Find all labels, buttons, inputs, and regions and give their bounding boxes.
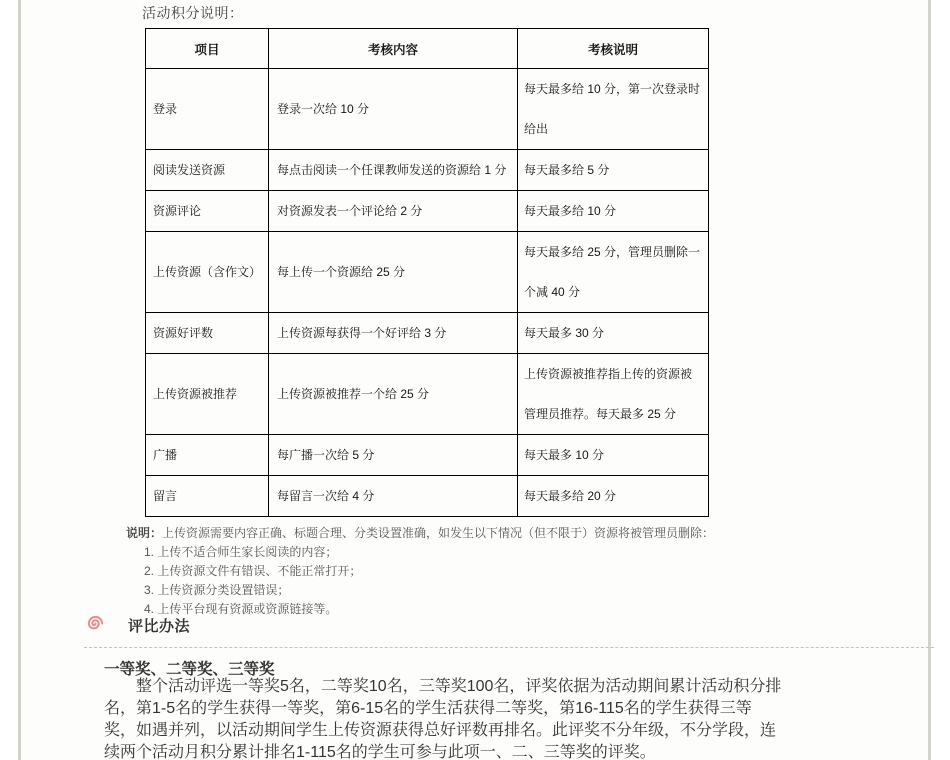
content-cell: 上传资源被推荐一个给 25 分 — [269, 354, 518, 435]
awards-paragraph: 整个活动评选一等奖5名，二等奖10名，三等奖100名，评奖依据为活动期间累计活动… — [104, 676, 844, 760]
table-row: 留言 每留言一次给 4 分 每天最多给 20 分 — [146, 476, 709, 517]
notes-intro-line: 说明：上传资源需要内容正确、标题合理、分类设置准确，如发生以下情况（但不限于）资… — [126, 524, 886, 543]
table-row: 广播 每广播一次给 5 分 每天最多 10 分 — [146, 435, 709, 476]
note-cell: 每天最多给 10 分，第一次登录时 给出 — [518, 69, 709, 150]
table-row: 资源评论 对资源发表一个评论给 2 分 每天最多给 10 分 — [146, 191, 709, 232]
page-title: 活动积分说明： — [142, 3, 244, 23]
notes-item-list: 1. 上传不适合师生家长阅读的内容； 2. 上传资源文件有错误、不能正常打开； … — [144, 543, 886, 619]
header-item: 项目 — [146, 29, 269, 69]
note-cell: 每天最多 30 分 — [518, 313, 709, 354]
content-cell: 每上传一个资源给 25 分 — [269, 232, 518, 313]
item-cell: 留言 — [146, 476, 269, 517]
table-header-row: 项目 考核内容 考核说明 — [146, 29, 709, 69]
item-cell: 上传资源被推荐 — [146, 354, 269, 435]
note-cell: 每天最多给 5 分 — [518, 150, 709, 191]
note-cell: 每天最多给 25 分，管理员删除一 个减 40 分 — [518, 232, 709, 313]
item-cell: 阅读发送资源 — [146, 150, 269, 191]
table-row: 阅读发送资源 每点击阅读一个任课教师发送的资源给 1 分 每天最多给 5 分 — [146, 150, 709, 191]
notes-label: 说明： — [126, 526, 162, 540]
spiral-icon — [81, 610, 107, 636]
header-content: 考核内容 — [269, 29, 518, 69]
activity-points-table: 项目 考核内容 考核说明 登录 登录一次给 10 分 每天最多给 10 分，第一… — [145, 28, 709, 517]
note-cell: 上传资源被推荐指上传的资源被 管理员推荐。每天最多 25 分 — [518, 354, 709, 435]
notes-intro-text: 上传资源需要内容正确、标题合理、分类设置准确，如发生以下情况（但不限于）资源将被… — [162, 526, 714, 540]
section-heading-evaluation-method: 评比办法 — [128, 615, 190, 636]
table-row: 资源好评数 上传资源每获得一个好评给 3 分 每天最多 30 分 — [146, 313, 709, 354]
dashed-divider — [84, 647, 934, 648]
item-cell: 资源好评数 — [146, 313, 269, 354]
table-row: 上传资源被推荐 上传资源被推荐一个给 25 分 上传资源被推荐指上传的资源被 管… — [146, 354, 709, 435]
content-cell: 每点击阅读一个任课教师发送的资源给 1 分 — [269, 150, 518, 191]
left-rule-line — [18, 0, 21, 760]
notes-item: 1. 上传不适合师生家长阅读的内容； — [144, 543, 886, 562]
right-rule-line — [928, 0, 931, 760]
header-note: 考核说明 — [518, 29, 709, 69]
item-cell: 登录 — [146, 69, 269, 150]
item-cell: 资源评论 — [146, 191, 269, 232]
content-cell: 上传资源每获得一个好评给 3 分 — [269, 313, 518, 354]
item-cell: 上传资源（含作文） — [146, 232, 269, 313]
notes-item: 2. 上传资源文件有错误、不能正常打开； — [144, 562, 886, 581]
notes-item: 4. 上传平台现有资源或资源链接等。 — [144, 600, 886, 619]
content-cell: 对资源发表一个评论给 2 分 — [269, 191, 518, 232]
note-cell: 每天最多给 10 分 — [518, 191, 709, 232]
table-row: 上传资源（含作文） 每上传一个资源给 25 分 每天最多给 25 分，管理员删除… — [146, 232, 709, 313]
item-cell: 广播 — [146, 435, 269, 476]
content-cell: 每广播一次给 5 分 — [269, 435, 518, 476]
content-cell: 登录一次给 10 分 — [269, 69, 518, 150]
upload-rules-notes: 说明：上传资源需要内容正确、标题合理、分类设置准确，如发生以下情况（但不限于）资… — [126, 524, 886, 619]
note-cell: 每天最多给 20 分 — [518, 476, 709, 517]
note-cell: 每天最多 10 分 — [518, 435, 709, 476]
table-row: 登录 登录一次给 10 分 每天最多给 10 分，第一次登录时 给出 — [146, 69, 709, 150]
notes-item: 3. 上传资源分类设置错误； — [144, 581, 886, 600]
content-cell: 每留言一次给 4 分 — [269, 476, 518, 517]
